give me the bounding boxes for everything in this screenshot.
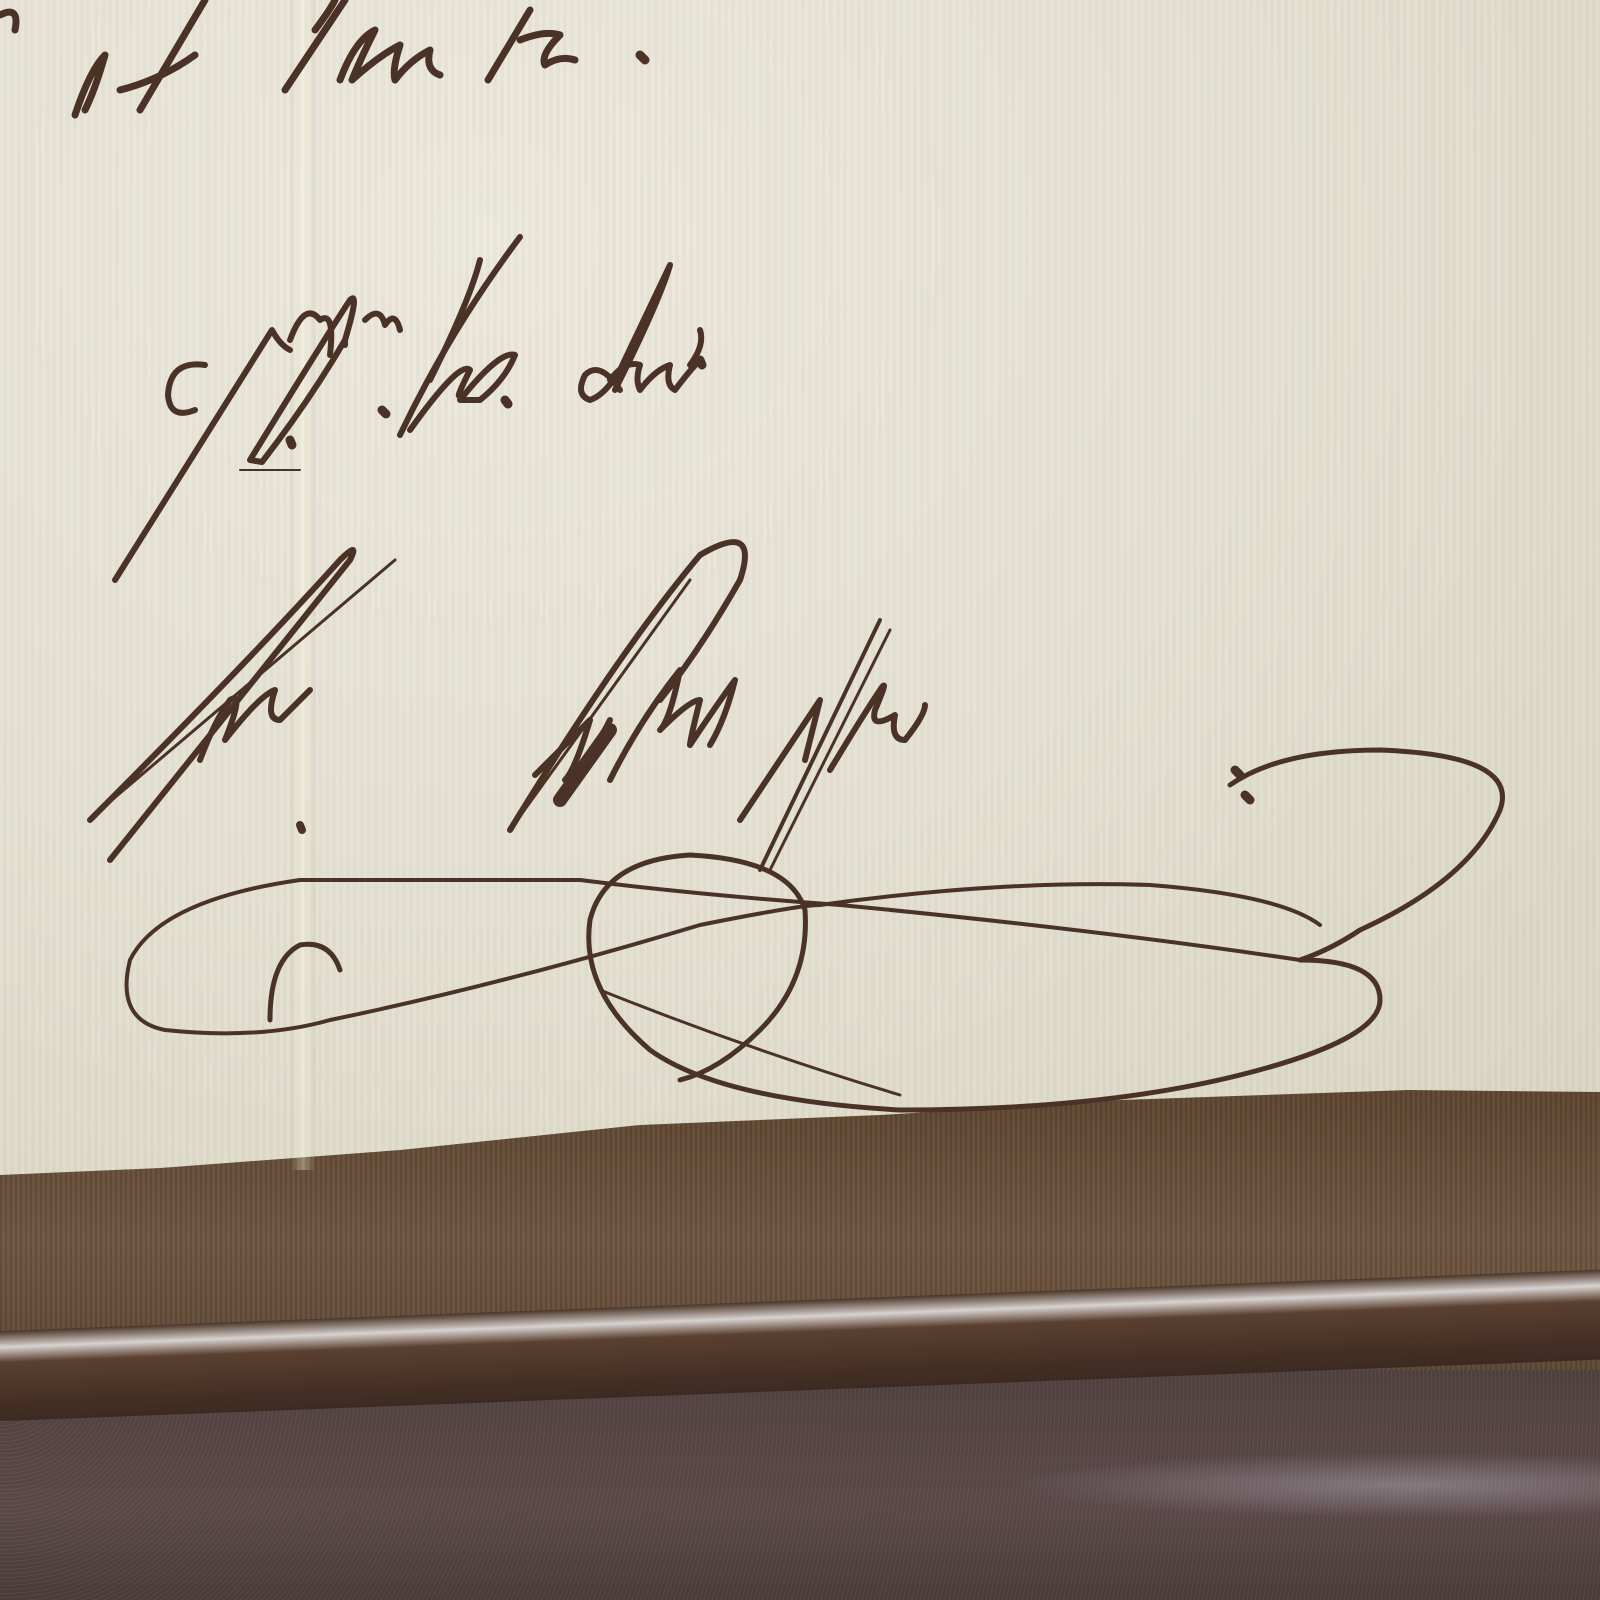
handwriting-strokes [0, 0, 1600, 1600]
line-2-strokes [115, 237, 702, 580]
line-1-strokes [0, 0, 645, 115]
signature-strokes [90, 542, 1503, 1110]
document-photo: ...of Trenton. Yr. Mt. hb. Servt. Wm Pat… [0, 0, 1600, 1600]
